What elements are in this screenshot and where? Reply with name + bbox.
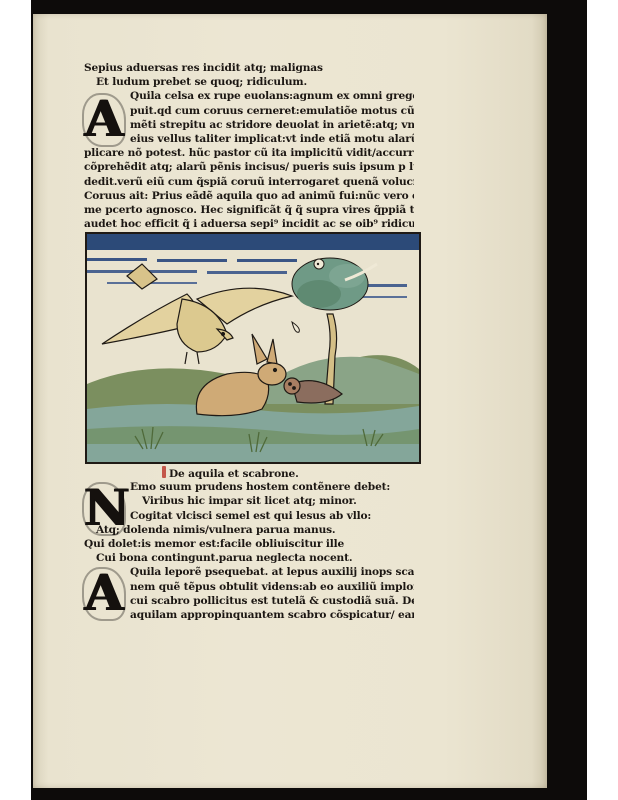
text-block-top: Sepius aduersas res incidit atq; maligna… xyxy=(84,61,414,231)
prose-line: plicare nõ potest. hũc pastor cũ ita imp… xyxy=(84,146,414,160)
verse-line: Viribus hic impar sit licet atq; minor. xyxy=(84,494,414,508)
prose-line: eius vellus taliter implicat:vt inde eti… xyxy=(84,132,414,146)
verse-line: Atq; dolenda nimis/vulnera parua manus. xyxy=(84,523,414,537)
prose-line: Quila leporẽ psequebat. at lepus auxilij… xyxy=(84,565,414,579)
prose-line: dedit.verũ eiũ cum q̃spiã coruũ interrog… xyxy=(84,175,414,189)
fable-2-verse: N Emo suum prudens hostem contẽnere debe… xyxy=(84,480,414,565)
text-block-bottom: De aquila et scabrone. N Emo suum pruden… xyxy=(84,466,414,622)
paragraph-mark-icon xyxy=(162,466,166,478)
fable-1-paragraph: A Quila celsa ex rupe euolans:agnum ex o… xyxy=(84,89,414,231)
decorated-initial-a: A xyxy=(84,565,124,621)
fable-title: De aquila et scabrone. xyxy=(84,466,414,480)
prose-line: cui scabro pollicitus est tutelã & custo… xyxy=(84,594,414,608)
verse-line: Et ludum prebet se quoq; ridiculum. xyxy=(84,75,414,89)
book-page: Sepius aduersas res incidit atq; maligna… xyxy=(33,14,547,788)
prose-line: Coruus ait: Prius eãdẽ aquila quo ad ani… xyxy=(84,189,414,203)
woodcut-illustration xyxy=(85,232,421,464)
prose-line: nem quẽ tẽpus obtulit videns:ab eo auxil… xyxy=(84,580,414,594)
prose-line: cõprehẽdit atq; alarũ pẽnis incisus/ pue… xyxy=(84,160,414,174)
eagle-hare-beetle-illustration xyxy=(87,234,419,462)
fable-2-prose: A Quila leporẽ psequebat. at lepus auxil… xyxy=(84,565,414,622)
verse-line: Sepius aduersas res incidit atq; maligna… xyxy=(84,61,414,75)
verse-line: Cogitat vlcisci semel est qui lesus ab v… xyxy=(84,509,414,523)
decorated-initial-a: A xyxy=(84,91,124,147)
verse-line: Qui dolet:is memor est:facile obliuiscit… xyxy=(84,537,414,551)
verse-line: Cui bona contingunt.parua neglecta nocen… xyxy=(84,551,414,565)
prose-line: mẽti strepitu ac stridore deuolat in ari… xyxy=(84,118,414,132)
verse-line: Emo suum prudens hostem contẽnere debet: xyxy=(84,480,414,494)
prose-line: Quila celsa ex rupe euolans:agnum ex omn… xyxy=(84,89,414,103)
prose-line: me pcerto agnosco. Hec significãt q̃ q̃ … xyxy=(84,203,414,217)
prose-line: puit.qd cum coruus cerneret:emulatiõe mo… xyxy=(84,104,414,118)
prose-line: aquilam appropinquantem scabro cõspicatu… xyxy=(84,608,414,622)
prose-line: audet hoc efficit q̃ i aduersa sepi⁹ inc… xyxy=(84,217,414,231)
decorated-initial-n: N xyxy=(84,480,124,536)
